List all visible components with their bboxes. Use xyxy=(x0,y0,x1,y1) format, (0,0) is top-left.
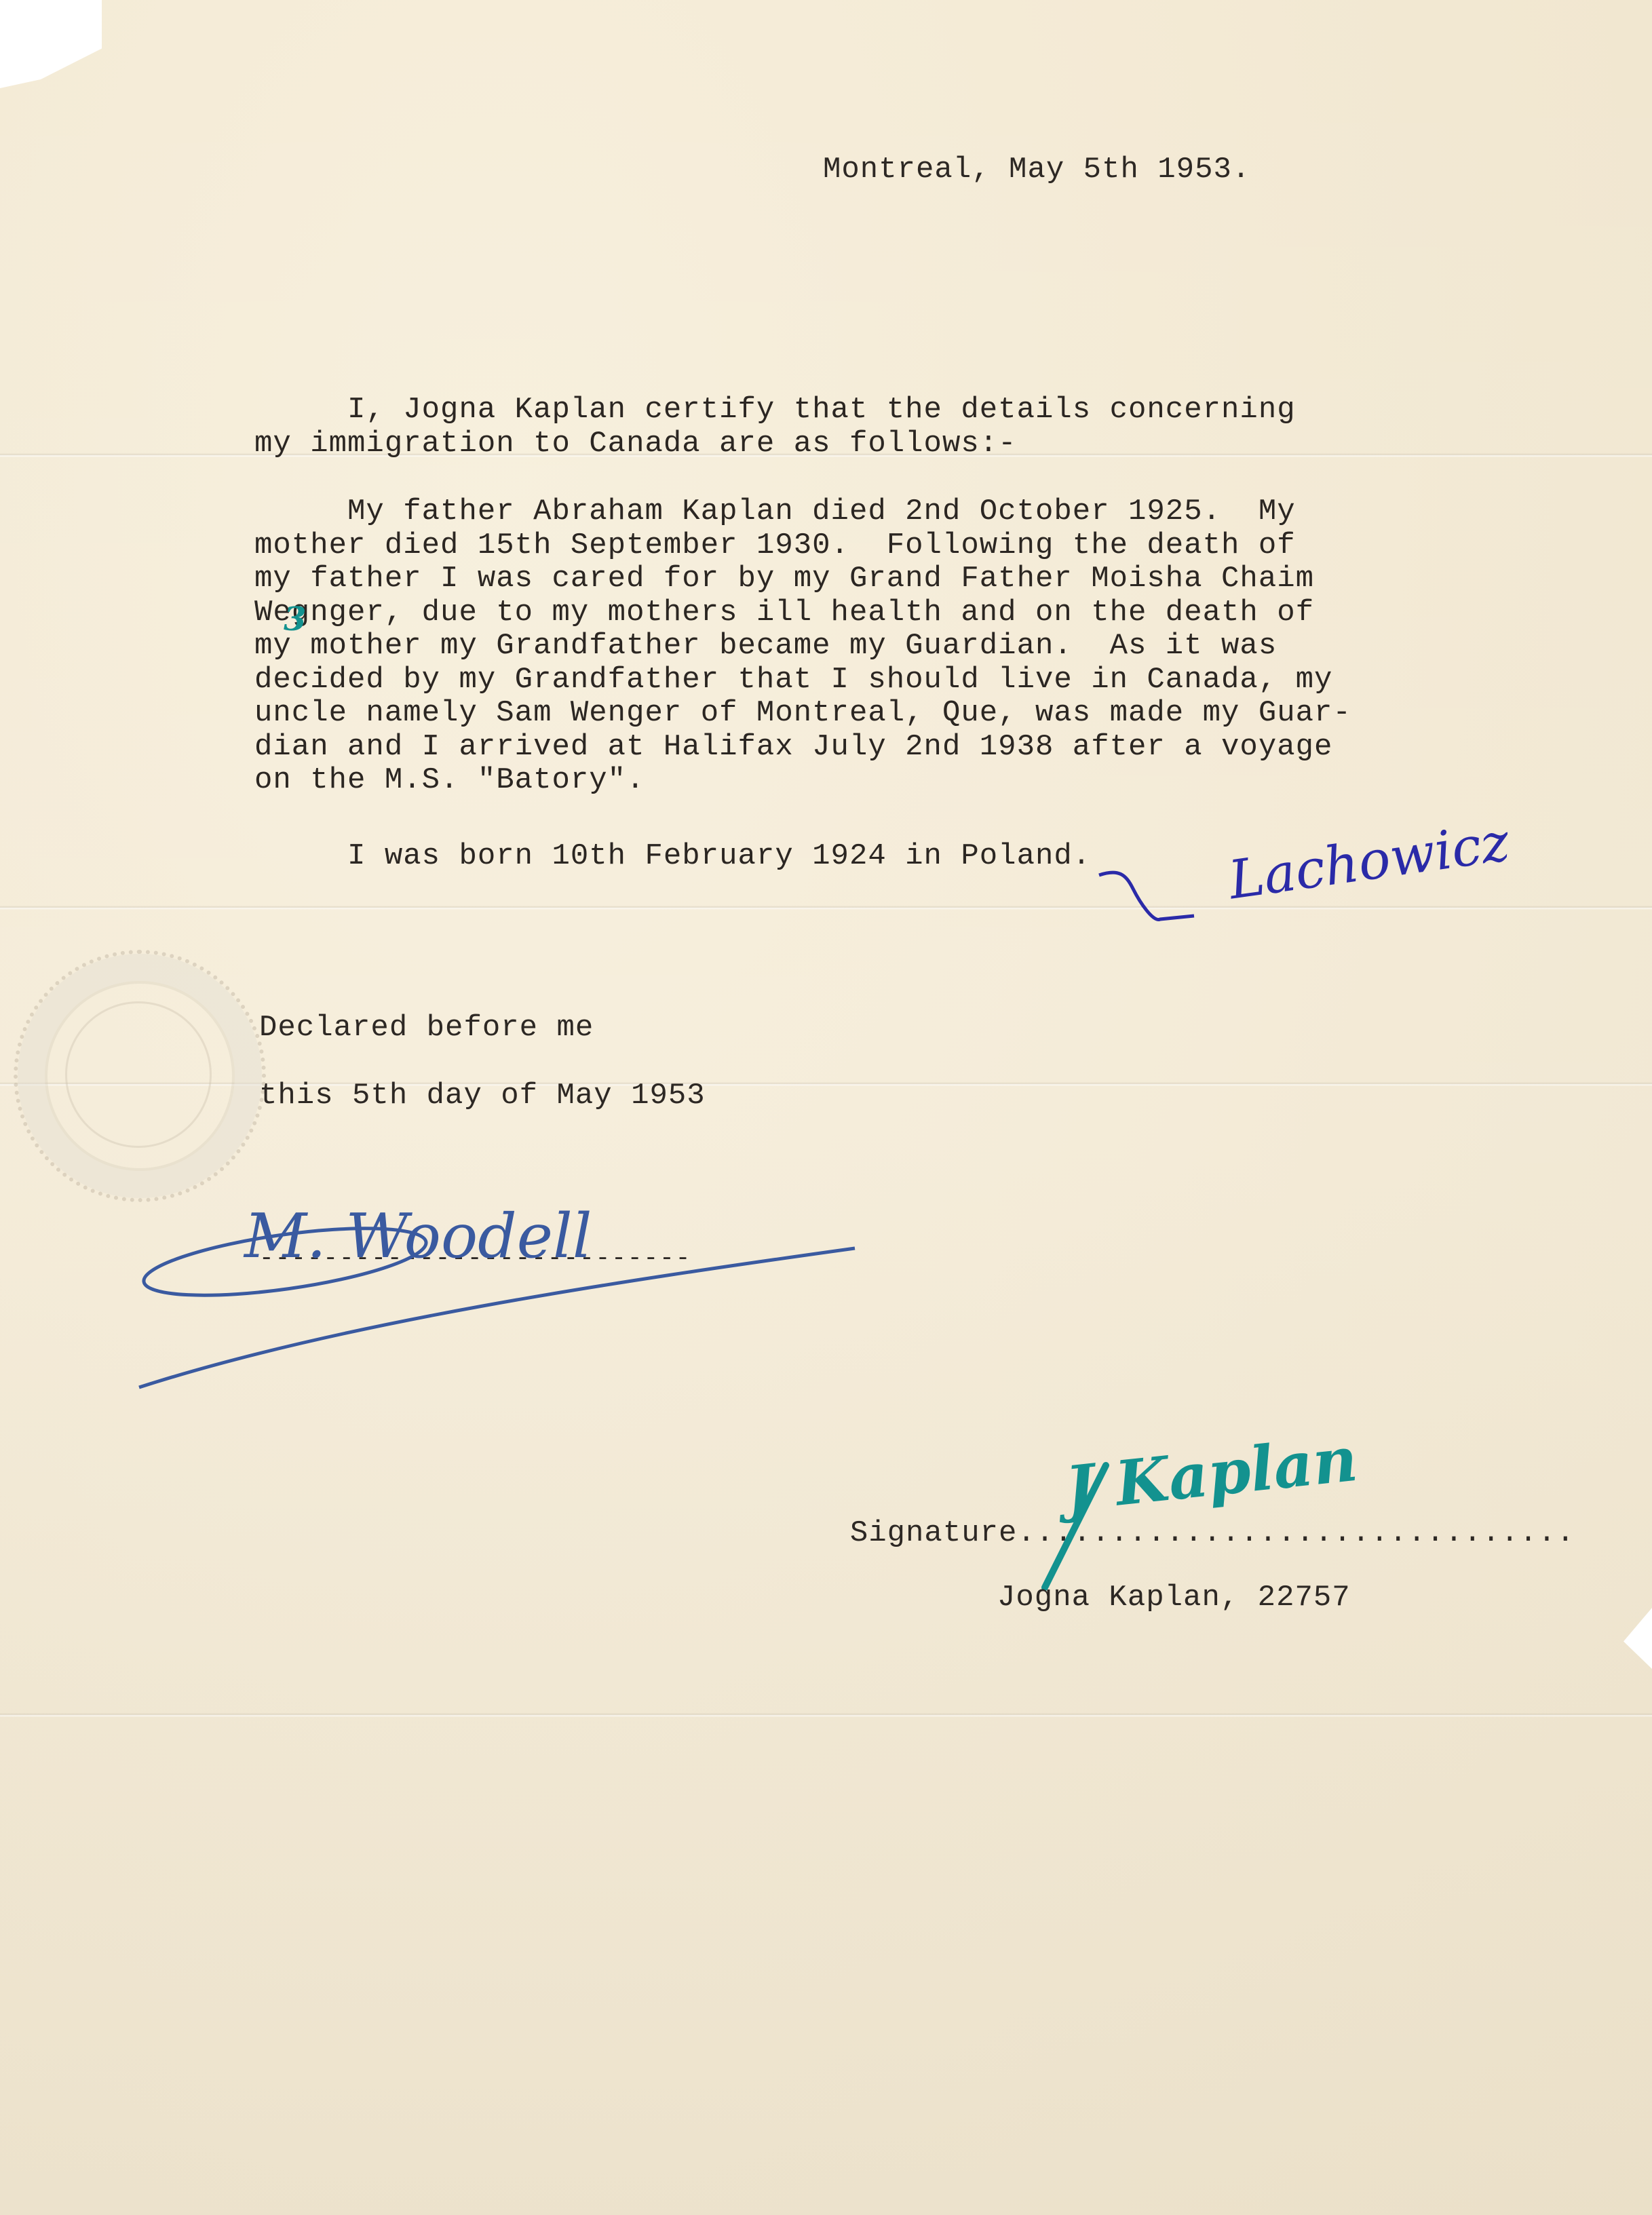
handwritten-correction: 3 xyxy=(284,600,306,638)
signer-name-id: Jogna Kaplan, 22757 xyxy=(997,1581,1351,1615)
annotation-arrow-icon xyxy=(1092,868,1228,936)
intro-line: my immigration to Canada are as follows:… xyxy=(254,427,1462,461)
body-paragraph: My father Abraham Kaplan died 2nd Octobe… xyxy=(254,495,1462,798)
declaration-date: this 5th day of May 1953 xyxy=(259,1079,706,1113)
body-line: uncle namely Sam Wenger of Montreal, Que… xyxy=(254,697,1462,731)
body-line: Wegnger, due to my mothers ill health an… xyxy=(254,596,1462,630)
body-line: on the M.S. "Batory". xyxy=(254,764,1462,798)
body-line: my mother my Grandfather became my Guard… xyxy=(254,630,1462,663)
fold-crease xyxy=(0,906,1652,910)
fold-crease xyxy=(0,1713,1652,1717)
body-line: mother died 15th September 1930. Followi… xyxy=(254,529,1462,563)
commissioner-flourish-icon xyxy=(136,1214,882,1404)
signature-stroke-icon xyxy=(1031,1459,1167,1594)
body-line: dian and I arrived at Halifax July 2nd 1… xyxy=(254,731,1462,765)
signature-label-text: Signature xyxy=(850,1516,1018,1550)
body-line: My father Abraham Kaplan died 2nd Octobe… xyxy=(254,495,1462,529)
embossed-seal-icon xyxy=(14,950,266,1202)
body-line: decided by my Grandfather that I should … xyxy=(254,663,1462,697)
place-date: Montreal, May 5th 1953. xyxy=(823,153,1250,187)
body-line: my father I was cared for by my Grand Fa… xyxy=(254,562,1462,596)
intro-paragraph: I, Jogna Kaplan certify that the details… xyxy=(254,393,1462,461)
intro-line: I, Jogna Kaplan certify that the details… xyxy=(254,393,1462,427)
declared-before-me: Declared before me xyxy=(259,1011,594,1045)
